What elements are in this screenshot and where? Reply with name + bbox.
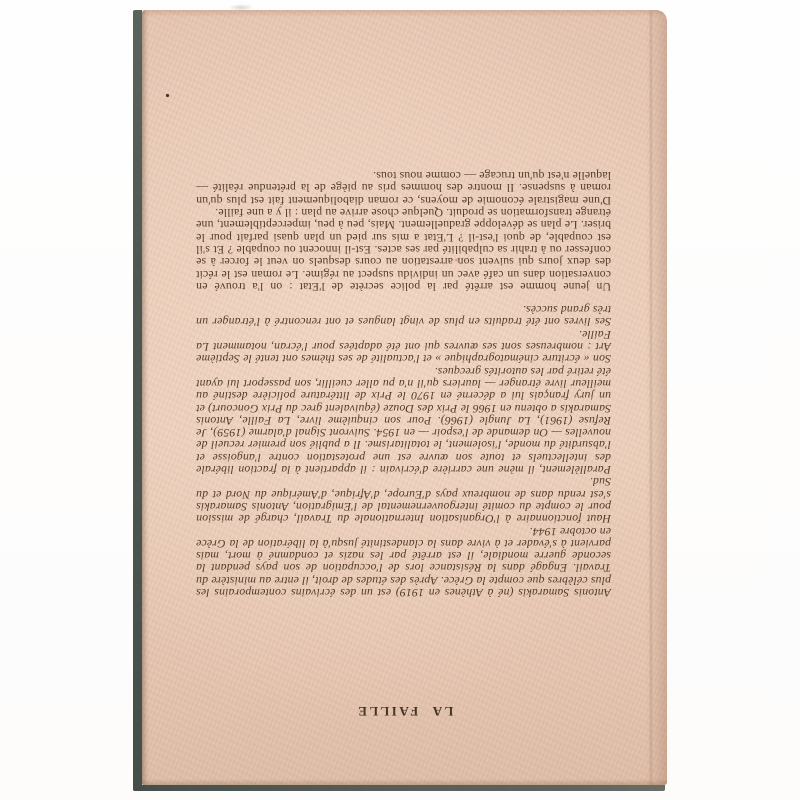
bio-paragraph-1: Antonis Samarakis (né à Athènes en 1919)… (196, 525, 611, 599)
paper-blemish (454, 258, 459, 262)
page-content: LA FAILLE Antonis Samarakis (né à Athène… (142, 10, 667, 785)
bio-paragraph-5: Ses livres ont été traduits en plus de v… (196, 304, 611, 329)
book-cover-left-edge (133, 10, 142, 791)
synopsis-section: Un jeune homme est arrêté par la police … (196, 170, 611, 293)
book-cover-bottom-edge (133, 785, 665, 791)
book-title: LA FAILLE (142, 703, 667, 719)
book: LA FAILLE Antonis Samarakis (né à Athène… (133, 10, 667, 791)
bio-paragraph-4: Son « écriture cinématographique » et l'… (196, 328, 611, 365)
bio-paragraph-2: Haut fonctionnaire à l'Organisation Inte… (196, 476, 611, 525)
synopsis-paragraph-1: Un jeune homme est arrêté par la police … (196, 207, 611, 293)
author-bio-section: Antonis Samarakis (né à Athènes en 1919)… (196, 304, 611, 599)
bio-paragraph-3: Parallèlement, il mène une carrière d'éc… (196, 365, 611, 476)
paper-speck (166, 94, 169, 97)
synopsis-paragraph-2: D'une magistrale économie de moyens, ce … (196, 170, 611, 207)
book-page-upside-down: LA FAILLE Antonis Samarakis (né à Athène… (142, 10, 667, 785)
photo-backdrop: LA FAILLE Antonis Samarakis (né à Athène… (0, 0, 800, 800)
